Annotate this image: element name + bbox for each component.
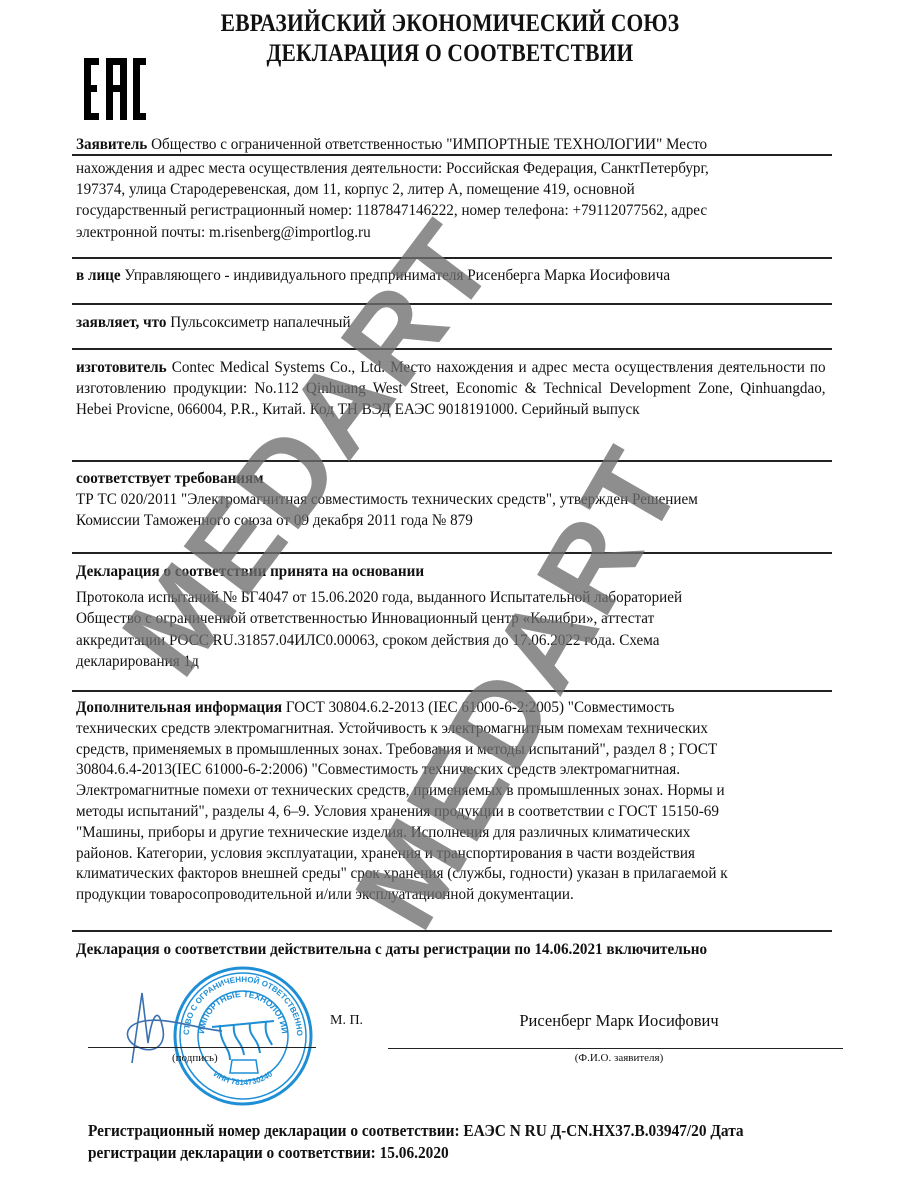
- represented-by-section: в лице Управляющего - индивидуального пр…: [76, 264, 824, 285]
- text-line: Комиссии Таможенного союза от 09 декабря…: [76, 509, 824, 530]
- divider: [72, 690, 832, 692]
- declares-section: заявляет, что Пульсоксиметр напалечный: [76, 311, 824, 332]
- represented-by-text: Управляющего - индивидуального предприни…: [121, 265, 670, 284]
- text-line: государственный регистрационный номер: 1…: [76, 199, 824, 220]
- divider: [72, 552, 832, 554]
- divider: [72, 303, 832, 305]
- text-line: районов. Категории, условия эксплуатации…: [76, 843, 824, 864]
- text-line: аккредитации РОСС RU.31857.04ИЛС0.00063,…: [76, 629, 824, 650]
- basis-label: Декларация о соответствии принята на осн…: [76, 560, 824, 581]
- applicant-name: Рисенберг Марк Иосифович: [388, 1011, 850, 1031]
- additional-info-label: Дополнительная информация: [76, 697, 282, 716]
- applicant-section: Заявитель Общество с ограниченной ответс…: [76, 133, 824, 154]
- applicant-label: Заявитель: [76, 134, 147, 153]
- text-line: декларирования 1д: [76, 650, 824, 671]
- applicant-address: нахождения и адрес места осуществления д…: [76, 157, 824, 242]
- manufacturer-text: Contec Medical Systems Co., Ltd. Место н…: [76, 357, 826, 418]
- registration-date: регистрации декларации о соответствии: 1…: [88, 1142, 832, 1164]
- text-line: 30804.6.4-2013(IEC 61000-6-2:2006) "Совм…: [76, 759, 824, 780]
- basis-section: Декларация о соответствии принята на осн…: [76, 560, 824, 671]
- product-name: Пульсоксиметр напалечный: [166, 312, 350, 331]
- name-caption: (Ф.И.О. заявителя): [388, 1052, 850, 1064]
- text-line: ГОСТ 30804.6.2-2013 (IEC 61000-6-2:2005)…: [282, 697, 674, 716]
- seal-place-label: М. П.: [330, 1013, 363, 1029]
- applicant-text: Общество с ограниченной ответственностью…: [147, 134, 707, 153]
- requirements-label: соответствует требованиям: [76, 467, 824, 488]
- text-line: технических средств электромагнитная. Ус…: [76, 718, 824, 739]
- registration-section: Регистрационный номер декларации о соотв…: [88, 1120, 832, 1164]
- requirements-section: соответствует требованиям ТР ТС 020/2011…: [76, 467, 824, 531]
- svg-text:ИНН 7814730240: ИНН 7814730240: [212, 1069, 275, 1087]
- text-line: климатических факторов внешней среды" ср…: [76, 863, 824, 884]
- signature-caption: (подпись): [172, 1052, 218, 1064]
- eac-logo-icon: [84, 58, 144, 120]
- manufacturer-label: изготовитель: [76, 357, 167, 376]
- divider: [72, 154, 832, 156]
- validity-statement: Декларация о соответствии действительна …: [76, 938, 824, 959]
- text-line: методы испытаний", разделы 4, 6–9. Услов…: [76, 801, 824, 822]
- signature-line: [88, 1047, 316, 1048]
- divider: [72, 460, 832, 462]
- additional-info-section: Дополнительная информация ГОСТ 30804.6.2…: [76, 697, 824, 905]
- document-title: ДЕКЛАРАЦИЯ О СООТВЕТСТВИИ: [63, 40, 837, 68]
- text-line: "Машины, приборы и другие технические из…: [76, 822, 824, 843]
- text-line: средств, применяемых в промышленных зона…: [76, 739, 824, 760]
- union-title: ЕВРАЗИЙСКИЙ ЭКОНОМИЧЕСКИЙ СОЮЗ: [63, 10, 837, 38]
- divider: [72, 257, 832, 259]
- text-line: Общество с ограниченной ответственностью…: [76, 607, 824, 628]
- represented-by-label: в лице: [76, 265, 121, 284]
- manufacturer-section: изготовитель Contec Medical Systems Co.,…: [76, 356, 826, 420]
- email-text: электронной почты: m.risenberg@importlog…: [76, 221, 824, 242]
- declares-label: заявляет, что: [76, 312, 166, 331]
- divider: [72, 348, 832, 350]
- registration-number: Регистрационный номер декларации о соотв…: [88, 1120, 832, 1142]
- text-line: 197374, улица Стародеревенская, дом 11, …: [76, 178, 824, 199]
- text-line: Электромагнитные помехи от технических с…: [76, 780, 824, 801]
- name-line: [388, 1048, 843, 1049]
- text-line: продукции товаросопроводительной и/или э…: [76, 884, 824, 905]
- divider: [72, 930, 832, 932]
- text-line: нахождения и адрес места осуществления д…: [76, 157, 824, 178]
- text-line: ТР ТС 020/2011 "Электромагнитная совмест…: [76, 488, 824, 509]
- text-line: Протокола испытаний № БГ4047 от 15.06.20…: [76, 586, 824, 607]
